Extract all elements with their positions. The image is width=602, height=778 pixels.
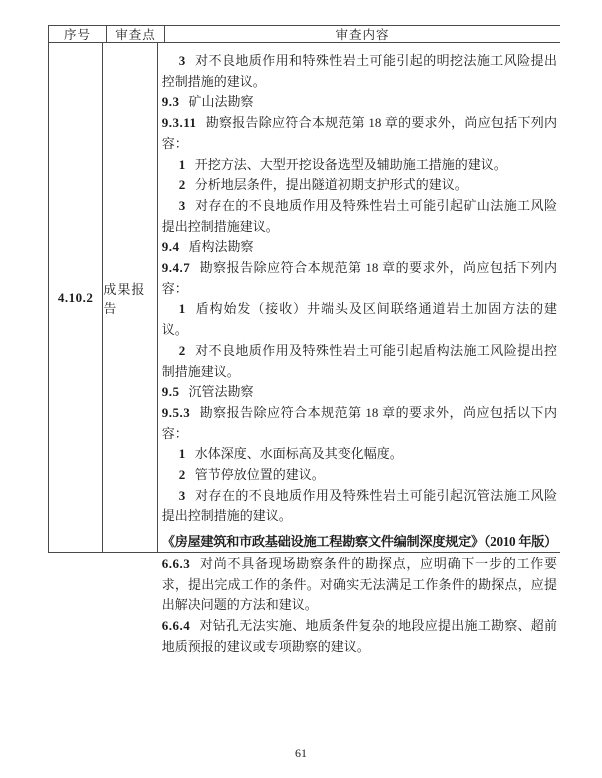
content-block: 1盾构始发（接收）井端头及区间联络通道岩土加固方法的建议。 xyxy=(162,299,557,340)
clause-number: 1 xyxy=(179,157,186,172)
clause-number: 9.3.11 xyxy=(162,115,197,130)
content-block: 2对不良地质作用及特殊性岩土可能引起盾构法施工风险提出控制措施建议。 xyxy=(162,341,557,382)
clause-text: 勘察报告除应符合本规范第 18 章的要求外，尚应包括以下内容： xyxy=(162,405,557,441)
clause-text: 盾构法勘察 xyxy=(188,239,253,254)
clause-number: 2 xyxy=(179,467,186,482)
serial-cell: 4.10.2 xyxy=(49,43,103,552)
content-block: 3对不良地质作用和特殊性岩土可能引起的明挖法施工风险提出控制措施的建议。 xyxy=(162,51,557,92)
clause-number: 3 xyxy=(179,488,186,503)
header-cell-serial: 序号 xyxy=(49,26,107,42)
clause-text: 矿山法勘察 xyxy=(188,94,253,109)
content-block: 9.4盾构法勘察 xyxy=(162,237,557,258)
header-label-serial: 序号 xyxy=(64,25,91,43)
header-label-review-point: 审查点 xyxy=(115,25,156,43)
clause-text: 开挖方法、大型开挖设备选型及辅助施工措施的建议。 xyxy=(195,157,507,172)
clause-number: 6.6.3 xyxy=(162,556,191,571)
clause-number: 3 xyxy=(179,53,186,68)
content-block: 3对存在的不良地质作用及特殊性岩土可能引起沉管法施工风险提出控制措施的建议。 xyxy=(162,486,557,527)
clause-text: 对钻孔无法实施、地质条件复杂的地段应提出施工勘察、超前地质预报的建议或专项勘察的… xyxy=(162,618,557,654)
clause-text: 分析地层条件，提出隧道初期支护形式的建议。 xyxy=(195,177,468,192)
document-page: 序号 审查点 审查内容 4.10.2 成果报告 3对不良地质作用和特殊性岩土可能… xyxy=(0,0,602,778)
clause-number: 3 xyxy=(179,198,186,213)
review-point-label: 成果报告 xyxy=(103,279,156,317)
content-block: 1水体深度、水面标高及其变化幅度。 xyxy=(162,444,557,465)
table-row: 4.10.2 成果报告 3对不良地质作用和特殊性岩土可能引起的明挖法施工风险提出… xyxy=(49,43,560,552)
clause-text: 对存在的不良地质作用及特殊性岩土可能引起矿山法施工风险提出控制措施建议。 xyxy=(162,198,557,234)
content-block: 2管节停放位置的建议。 xyxy=(162,465,557,486)
content-block: 3对存在的不良地质作用及特殊性岩土可能引起矿山法施工风险提出控制措施建议。 xyxy=(162,196,557,237)
clause-text: 对尚不具备现场勘察条件的勘探点，应明确下一步的工作要求，提出完成工作的条件。对确… xyxy=(162,556,557,612)
clause-number: 9.3 xyxy=(162,94,180,109)
clause-text: 盾构始发（接收）井端头及区间联络通道岩土加固方法的建议。 xyxy=(162,301,557,337)
clause-number: 2 xyxy=(179,177,186,192)
clause-text: 沉管法勘察 xyxy=(188,384,253,399)
table-header-row: 序号 审查点 审查内容 xyxy=(49,26,560,43)
clause-text: 对存在的不良地质作用及特殊性岩土可能引起沉管法施工风险提出控制措施的建议。 xyxy=(162,488,557,524)
review-content-cell: 3对不良地质作用和特殊性岩土可能引起的明挖法施工风险提出控制措施的建议。9.3矿… xyxy=(158,43,560,552)
content-block: 9.5沉管法勘察 xyxy=(162,382,557,403)
clause-number: 2 xyxy=(179,343,186,358)
clause-number: 1 xyxy=(179,301,186,316)
content-block: 1开挖方法、大型开挖设备选型及辅助施工措施的建议。 xyxy=(162,155,557,176)
content-block: 9.5.3勘察报告除应符合本规范第 18 章的要求外，尚应包括以下内容： xyxy=(162,403,557,444)
clause-text: 勘察报告除应符合本规范第 18 章的要求外，尚应包括下列内容： xyxy=(162,115,557,151)
clause-text: 勘察报告除应符合本规范第 18 章的要求外，尚应包括下列内容： xyxy=(162,260,557,296)
clause-text: 《房屋建筑和市政基础设施工程勘察文件编制深度规定》（2010 年版） xyxy=(162,534,557,549)
clause-text: 对不良地质作用和特殊性岩土可能引起的明挖法施工风险提出控制措施的建议。 xyxy=(162,53,557,89)
clause-number: 9.5 xyxy=(162,384,180,399)
clause-number: 9.4.7 xyxy=(162,260,191,275)
review-point-cell: 成果报告 xyxy=(103,43,157,552)
clause-text: 管节停放位置的建议。 xyxy=(195,467,325,482)
header-cell-review-content: 审查内容 xyxy=(165,26,560,42)
content-block: 《房屋建筑和市政基础设施工程勘察文件编制深度规定》（2010 年版） xyxy=(162,532,557,553)
clause-number: 9.5.3 xyxy=(162,405,191,420)
content-block: 6.6.4对钻孔无法实施、地质条件复杂的地段应提出施工勘察、超前地质预报的建议或… xyxy=(162,616,557,657)
header-label-review-content: 审查内容 xyxy=(335,25,389,43)
clause-number: 6.6.4 xyxy=(162,618,191,633)
clause-number: 9.4 xyxy=(162,239,180,254)
content-block: 9.3.11勘察报告除应符合本规范第 18 章的要求外，尚应包括下列内容： xyxy=(162,113,557,154)
content-block: 9.3矿山法勘察 xyxy=(162,92,557,113)
content-block: 9.4.7勘察报告除应符合本规范第 18 章的要求外，尚应包括下列内容： xyxy=(162,258,557,299)
serial-number: 4.10.2 xyxy=(58,290,94,306)
page-number: 61 xyxy=(0,746,602,761)
clause-text: 水体深度、水面标高及其变化幅度。 xyxy=(195,446,403,461)
review-table: 序号 审查点 审查内容 4.10.2 成果报告 3对不良地质作用和特殊性岩土可能… xyxy=(48,25,560,553)
content-block: 2分析地层条件，提出隧道初期支护形式的建议。 xyxy=(162,175,557,196)
clause-text: 对不良地质作用及特殊性岩土可能引起盾构法施工风险提出控制措施建议。 xyxy=(162,343,557,379)
header-cell-review-point: 审查点 xyxy=(107,26,165,42)
content-block: 6.6.3对尚不具备现场勘察条件的勘探点，应明确下一步的工作要求，提出完成工作的… xyxy=(162,554,557,616)
clause-number: 1 xyxy=(179,446,186,461)
